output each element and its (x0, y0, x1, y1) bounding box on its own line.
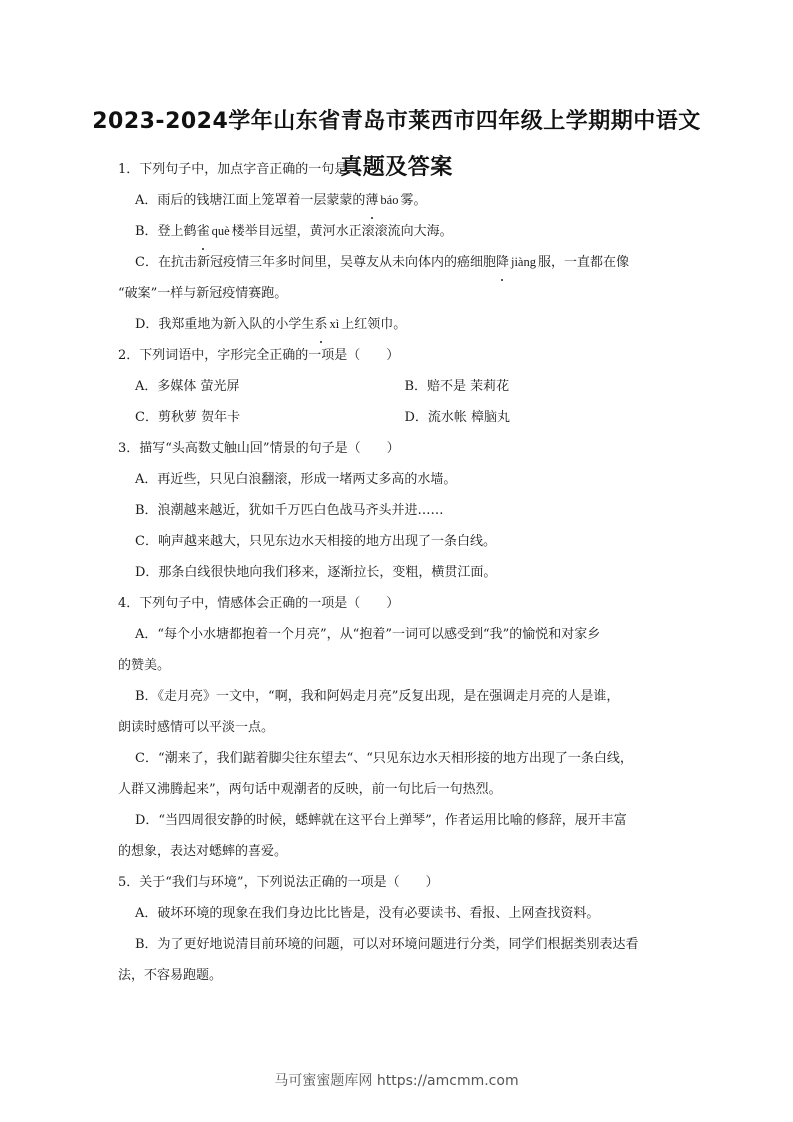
question-4-option-c: C．“潮来了，我们踮着脚尖往东望去“、“只见东边水天相形接的地方出现了一条白线， (118, 743, 674, 774)
question-3-option-a: A．再近些，只见白浪翻滚，形成一堵两丈多高的水墙。 (118, 464, 674, 495)
question-4-option-d-continuation: 的想象，表达对蟋蟀的喜爱。 (118, 836, 674, 867)
option-text: A．雨后的钱塘江面上笼罩着一层蒙蒙的 (135, 193, 365, 208)
question-4-option-a: A．“每个小水塘都抱着一个月亮”，从“抱着”一词可以感受到“我”的愉悦和对家乡 (118, 619, 674, 650)
question-1-option-c-continuation: “破案”一样与新冠疫情赛跑。 (118, 278, 674, 309)
option-text: 雾。 (400, 193, 426, 208)
question-3-option-d: D．那条白线很快地向我们移来，逐渐拉长，变粗，横贯江面。 (118, 557, 674, 588)
question-5-option-a: A．破坏环境的现象在我们身边比比皆是，没有必要读书、看报、上网查找资料。 (118, 898, 674, 929)
question-2-options-row-2: C．剪秋萝 贺年卡 D．流水帐 樟脑丸 (118, 402, 674, 433)
question-1-option-b: B．登上鹤雀què楼举目远望，黄河水正滚滚流向大海。 (118, 216, 674, 247)
pinyin: jiàng (511, 255, 536, 269)
question-4-option-d: D．“当四周很安静的时候，蟋蟀就在这平台上弹琴”，作者运用比喻的修辞，展开丰富 (118, 805, 674, 836)
option-text: 楼举目远望，黄河水正滚滚流向大海。 (232, 224, 453, 239)
question-2-option-a: A．多媒体 萤光屏 (135, 371, 405, 402)
question-3-option-b: B．浪潮越来越近，犹如千万匹白色战马齐头并进…… (118, 495, 674, 526)
question-4-option-b: B．《走月亮》一文中，“啊，我和阿妈走月亮”反复出现，是在强调走月亮的人是谁， (118, 681, 674, 712)
dotted-char: 降 (496, 247, 509, 278)
option-text: 服，一直都在像 (538, 255, 629, 270)
document-title-line-1: 2023-2024学年山东省青岛市莱西市四年级上学期期中语文 (0, 104, 793, 135)
question-2-options-row-1: A．多媒体 萤光屏 B．赔不是 茉莉花 (118, 371, 674, 402)
option-text: 上红领巾。 (341, 317, 406, 332)
question-4-option-b-continuation: 朗读时感情可以平淡一点。 (118, 712, 674, 743)
question-4-option-c-continuation: 人群又沸腾起来”，两句话中观潮者的反映，前一句比后一句热烈。 (118, 774, 674, 805)
question-2-option-c: C．剪秋萝 贺年卡 (135, 402, 405, 433)
question-2-option-b: B．赔不是 茉莉花 (405, 371, 675, 402)
question-3-stem: 3．描写“头高数丈触山回”情景的句子是（ ） (118, 433, 674, 464)
question-5-stem: 5．关于“我们与环境”，下列说法正确的一项是（ ） (118, 867, 674, 898)
question-5-option-b: B．为了更好地说清目前环境的问题，可以对环境问题进行分类，同学们根据类别表达看 (118, 929, 674, 960)
question-1-option-a: A．雨后的钱塘江面上笼罩着一层蒙蒙的薄báo雾。 (118, 185, 674, 216)
question-list: 1．下列句子中，加点字音正确的一句是（ ） A．雨后的钱塘江面上笼罩着一层蒙蒙的… (118, 154, 674, 991)
question-4-stem: 4．下列句子中，情感体会正确的一项是（ ） (118, 588, 674, 619)
question-4-option-a-continuation: 的赞美。 (118, 650, 674, 681)
option-text: B．登上鹤 (135, 224, 197, 239)
dotted-char: 系 (314, 309, 327, 340)
question-1-option-c: C．在抗击新冠疫情三年多时间里，吴尊友从未向体内的癌细胞降jiàng服，一直都在… (118, 247, 674, 278)
footer-watermark: 马可蜜蜜题库网 https://amcmm.com (0, 1070, 793, 1090)
question-1-stem: 1．下列句子中，加点字音正确的一句是（ ） (118, 154, 674, 185)
dotted-char: 薄 (365, 185, 378, 216)
question-2-option-d: D．流水帐 樟脑丸 (405, 402, 675, 433)
pinyin: xì (329, 317, 339, 331)
pinyin: què (212, 224, 230, 238)
question-2-stem: 2．下列词语中，字形完全正确的一项是（ ） (118, 340, 674, 371)
pinyin: báo (380, 193, 398, 207)
question-5-option-b-continuation: 法，不容易跑题。 (118, 960, 674, 991)
option-text: D．我郑重地为新入队的小学生 (135, 317, 314, 332)
question-3-option-c: C．响声越来越大，只见东边水天相接的地方出现了一条白线。 (118, 526, 674, 557)
option-text: C．在抗击新冠疫情三年多时间里，吴尊友从未向体内的癌细胞 (135, 255, 496, 270)
question-1-option-d: D．我郑重地为新入队的小学生系xì上红领巾。 (118, 309, 674, 340)
dotted-char: 雀 (197, 216, 210, 247)
